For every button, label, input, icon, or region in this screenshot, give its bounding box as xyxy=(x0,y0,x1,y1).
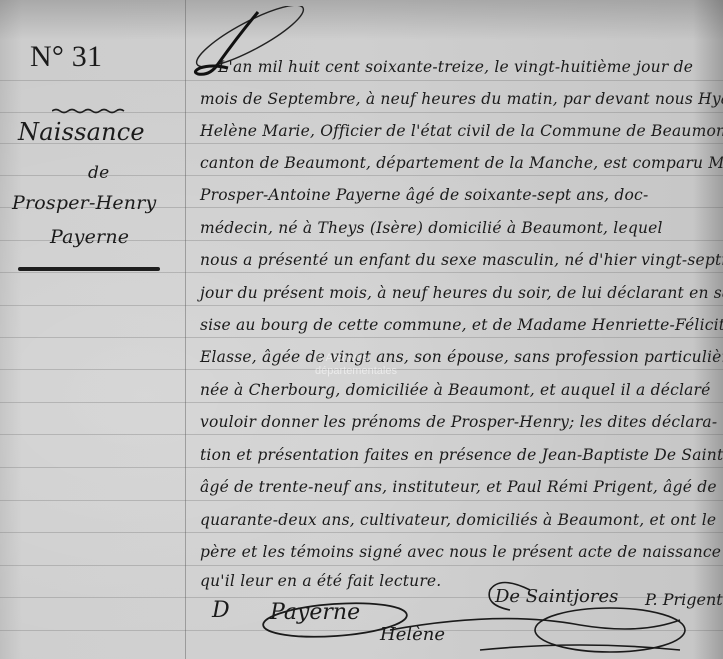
ruled-line xyxy=(0,434,723,435)
archive-watermark: © Archives départementales xyxy=(315,352,397,378)
body-line: quarante-deux ans, cultivateur, domicili… xyxy=(200,511,716,529)
margin-title: Naissance xyxy=(18,118,145,146)
margin-rule xyxy=(185,0,186,659)
ruled-line xyxy=(0,565,723,566)
body-line: père et les témoins signé avec nous le p… xyxy=(200,543,723,561)
signature-officer: Helène xyxy=(380,624,445,645)
body-line: vouloir donner les prénoms de Prosper-He… xyxy=(200,413,717,431)
body-line: canton de Beaumont, département de la Ma… xyxy=(200,154,723,172)
signature-initial: D xyxy=(212,598,230,623)
body-line: tion et présentation faites en présence … xyxy=(200,446,723,464)
body-line: jour du présent mois, à neuf heures du s… xyxy=(200,284,723,302)
body-line: âgé de trente-neuf ans, instituteur, et … xyxy=(200,478,717,496)
margin-preposition: de xyxy=(88,163,109,183)
body-line: L'an mil huit cent soixante-treize, le v… xyxy=(218,58,693,76)
body-line: Helène Marie, Officier de l'état civil d… xyxy=(200,122,723,140)
watermark-line: © Archives xyxy=(315,352,397,365)
body-line: née à Cherbourg, domiciliée à Beaumont, … xyxy=(200,381,711,399)
child-surname: Payerne xyxy=(50,226,129,248)
signature-witness2: P. Prigent xyxy=(645,590,723,609)
body-line: Prosper-Antoine Payerne âgé de soixante-… xyxy=(200,186,648,204)
margin-underline xyxy=(18,267,160,271)
ruled-line xyxy=(0,337,723,338)
body-line: mois de Septembre, à neuf heures du mati… xyxy=(200,90,723,108)
ruled-line xyxy=(0,532,723,533)
body-line: Elasse, âgée de vingt ans, son épouse, s… xyxy=(200,348,723,366)
signature-father: Payerne xyxy=(270,600,360,625)
ruled-line xyxy=(0,272,723,273)
squiggle-ornament xyxy=(52,108,127,114)
signature-flourish-officer xyxy=(380,570,710,659)
child-given-names: Prosper-Henry xyxy=(12,192,156,214)
ruled-line xyxy=(0,500,723,501)
body-line: sise au bourg de cette commune, et de Ma… xyxy=(200,316,723,334)
watermark-line: départementales xyxy=(315,365,397,378)
ruled-line xyxy=(0,305,723,306)
ruled-line xyxy=(0,467,723,468)
signature-witness1: De Saintjores xyxy=(495,586,618,607)
record-number: N° 31 xyxy=(30,40,102,74)
body-line: médecin, né à Theys (Isère) domicilié à … xyxy=(200,219,663,237)
ruled-line xyxy=(0,80,723,81)
body-line: nous a présenté un enfant du sexe mascul… xyxy=(200,251,723,269)
document-scan: N° 31 Naissance de Prosper-Henry Payerne… xyxy=(0,0,723,659)
ruled-line xyxy=(0,402,723,403)
